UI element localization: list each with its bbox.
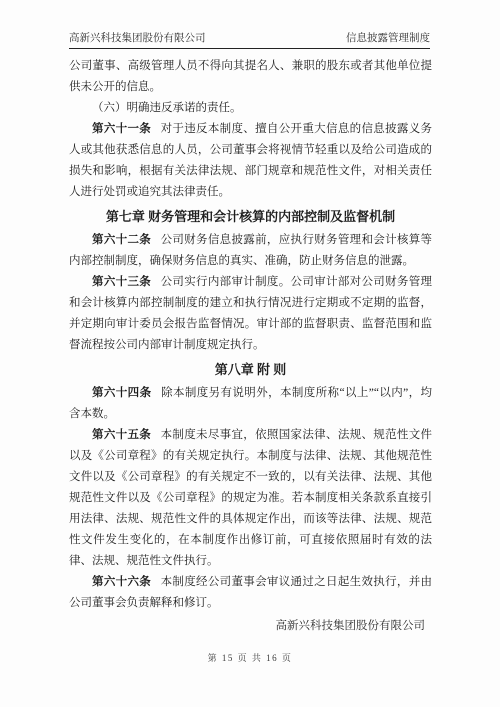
chapter-heading-text: 第八章 附 则 xyxy=(215,362,287,377)
article-number: 第六十六条 xyxy=(92,576,151,588)
article-number: 第六十四条 xyxy=(92,387,151,399)
article-paragraph: 第六十二条 公司财务信息披露前，应执行财务管理和会计核算等内部控制制度，确保财务… xyxy=(69,230,432,272)
page-number: 第 15 页 共 16 页 xyxy=(0,651,500,664)
chapter-heading-text: 第七章 财务管理和会计核算的内部控制及监督机制 xyxy=(106,209,395,224)
chapter-heading: 第八章 附 则 xyxy=(69,359,432,380)
article-paragraph: 第六十六条 本制度经公司董事会审议通过之日起生效执行，并由公司董事会负责解释和修… xyxy=(69,572,432,614)
paragraph-list-item: （六）明确违反承诺的责任。 xyxy=(69,98,432,119)
article-number: 第六十五条 xyxy=(92,429,151,441)
paragraph-text: （六）明确违反承诺的责任。 xyxy=(92,102,242,114)
paragraph-text: 公司董事、高级管理人员不得向其提名人、兼职的股东或者其他单位提供未公开的信息。 xyxy=(69,60,432,93)
article-paragraph: 第六十三条 公司实行内部审计制度。公司审计部对公司财务管理和会计核算内部控制制度… xyxy=(69,272,432,356)
document-body: 公司董事、高级管理人员不得向其提名人、兼职的股东或者其他单位提供未公开的信息。 … xyxy=(69,56,432,614)
header-doc-title: 信息披露管理制度 xyxy=(346,32,430,45)
article-text: 本制度未尽事宜，依照国家法律、法规、规范性文件以及《公司章程》的有关规定执行。本… xyxy=(69,429,432,567)
article-number: 第六十一条 xyxy=(92,123,151,135)
signature-company: 高新兴科技集团股份有限公司 xyxy=(276,617,426,633)
article-paragraph: 第六十四条 除本制度另有说明外，本制度所称“以上”“以内”，均含本数。 xyxy=(69,383,432,425)
article-paragraph: 第六十一条 对于违反本制度、擅自公开重大信息的信息披露义务人或其他获悉信息的人员… xyxy=(69,119,432,203)
article-number: 第六十二条 xyxy=(92,234,151,246)
document-page: 高新兴科技集团股份有限公司 信息披露管理制度 公司董事、高级管理人员不得向其提名… xyxy=(0,0,500,707)
chapter-heading: 第七章 财务管理和会计核算的内部控制及监督机制 xyxy=(69,206,432,227)
page-header: 高新兴科技集团股份有限公司 信息披露管理制度 xyxy=(69,32,430,49)
paragraph-continuation: 公司董事、高级管理人员不得向其提名人、兼职的股东或者其他单位提供未公开的信息。 xyxy=(69,56,432,98)
article-paragraph: 第六十五条 本制度未尽事宜，依照国家法律、法规、规范性文件以及《公司章程》的有关… xyxy=(69,425,432,572)
article-number: 第六十三条 xyxy=(92,276,151,288)
header-company-name: 高新兴科技集团股份有限公司 xyxy=(69,32,206,45)
